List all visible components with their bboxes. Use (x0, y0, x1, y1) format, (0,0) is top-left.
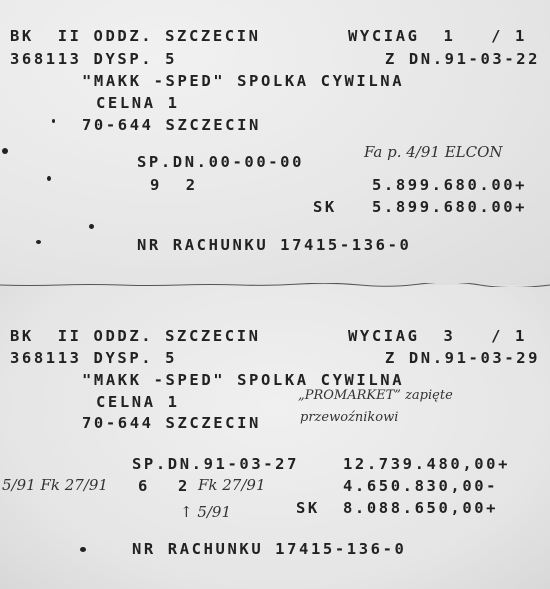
bank-branch: BK II ODDZ. SZCZECIN (10, 27, 261, 45)
handwritten-note: przewoźnikowi (300, 410, 398, 425)
transaction-count-debit: 6 (138, 477, 150, 495)
client-code: 368113 DYSP. 5 (10, 50, 177, 68)
amount-debit: 4.650.830,00- (343, 477, 498, 495)
handwritten-note: Fk 27/91 (198, 476, 266, 494)
bank-branch: BK II ODDZ. SZCZECIN (10, 327, 261, 345)
balance-amount: 5.899.680.00+ (372, 198, 527, 216)
amount: 5.899.680.00+ (372, 176, 527, 194)
balance-label: SK (313, 198, 337, 216)
speck (89, 224, 94, 229)
company-name: "MAKK -SPED" SPOLKA CYWILNA (82, 371, 404, 389)
client-code: 368113 DYSP. 5 (10, 349, 177, 367)
handwritten-note: ↑ 5/91 (180, 503, 231, 521)
speck (47, 176, 51, 181)
statement-number: WYCIAG 3 / 1 (348, 327, 527, 345)
statement-date: Z DN.91-03-29 (385, 349, 540, 367)
balance-label: SK (296, 499, 320, 517)
company-city: 70-644 SZCZECIN (82, 414, 261, 432)
amount-credit: 12.739.480,00+ (343, 455, 510, 473)
previous-date: SP.DN.00-00-00 (137, 153, 304, 171)
transaction-counts: 9 2 (150, 176, 198, 194)
speck (36, 240, 41, 244)
speck (52, 119, 55, 123)
previous-date: SP.DN.91-03-27 (132, 455, 299, 473)
account-number: NR RACHUNKU 17415-136-0 (137, 236, 411, 254)
handwritten-note: 5/91 Fk 27/91 (2, 476, 108, 494)
company-city: 70-644 SZCZECIN (82, 116, 261, 134)
handwritten-note: „PROMARKET” zapięte (298, 388, 453, 403)
statement-date: Z DN.91-03-22 (385, 50, 540, 68)
speck (80, 547, 86, 552)
company-name: "MAKK -SPED" SPOLKA CYWILNA (82, 72, 404, 90)
tear-edge (0, 283, 550, 287)
statement-number: WYCIAG 1 / 1 (348, 27, 527, 45)
balance-amount: 8.088.650,00+ (343, 499, 498, 517)
company-street: CELNA 1 (96, 393, 180, 411)
account-number: NR RACHUNKU 17415-136-0 (132, 540, 406, 558)
transaction-count-credit: 2 (178, 477, 190, 495)
company-street: CELNA 1 (96, 94, 180, 112)
handwritten-note: Fa p. 4/91 ELCON (364, 143, 503, 161)
speck (2, 148, 8, 154)
